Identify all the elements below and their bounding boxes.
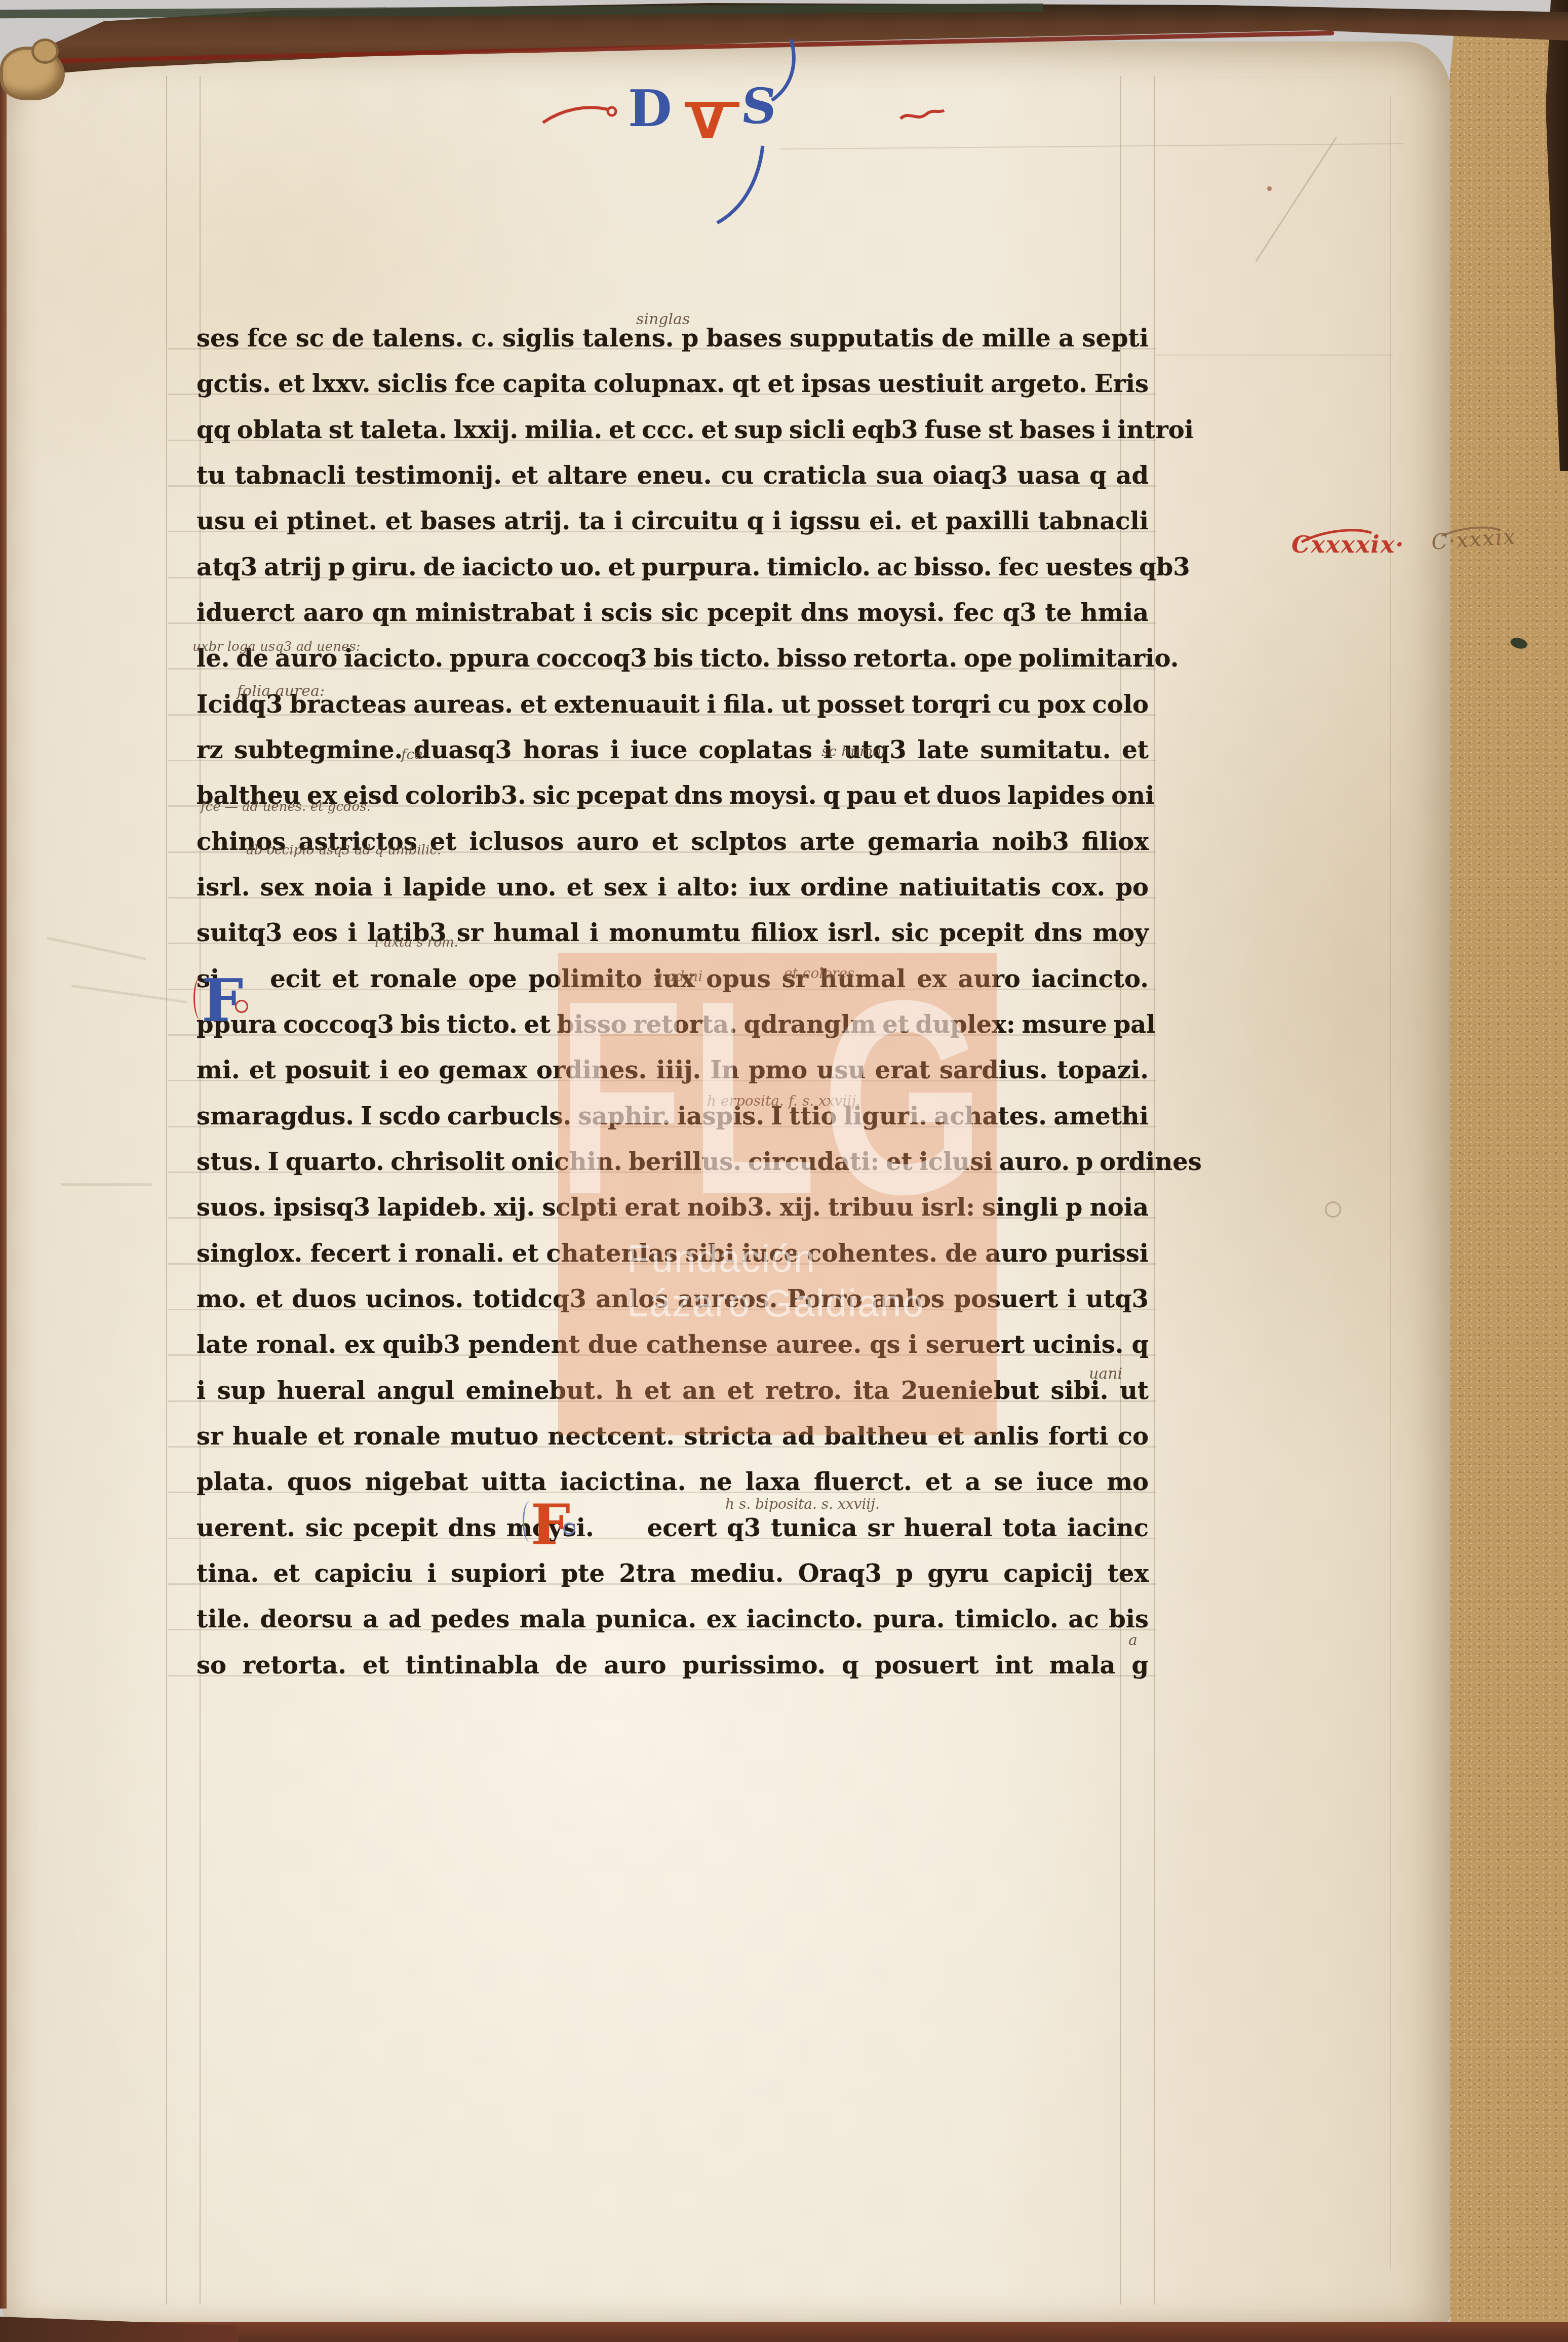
- small-ink-ring-mark: [1325, 1201, 1341, 1218]
- interlinear-gloss: i uxta s rom.: [375, 936, 458, 949]
- text-block: ses fce sc de talens. c. siglis talens. …: [197, 316, 1149, 1688]
- text-line: uerent. sic pcepit dns moysi.ecert q3 tu…: [197, 1505, 1149, 1551]
- interlinear-gloss: fce — ad uenes. et gcdos.: [201, 800, 371, 813]
- interlinear-gloss: h s. biposita. s. xxviij.: [725, 1497, 880, 1511]
- text-line: sr huale et ronale mutuo nectcent. stric…: [197, 1414, 1149, 1459]
- interlinear-gloss: uxbr loga usq3 ad uenes:: [192, 640, 360, 653]
- running-title-letter-v: V: [690, 98, 725, 146]
- text-line: late ronal. ex quib3 pendent due cathens…: [197, 1322, 1149, 1368]
- binding-tie-cord: [0, 47, 65, 100]
- text-line: stus. I quarto. chrisolit onichin. beril…: [197, 1139, 1149, 1185]
- text-line: i sup hueral angul eminebut. h et an et …: [197, 1368, 1149, 1414]
- text-line: qq oblata st taleta. lxxij. milia. et cc…: [197, 407, 1149, 453]
- interlinear-gloss: q ad ni: [653, 969, 702, 984]
- ruling-extension-line: [1155, 355, 1393, 356]
- text-line: so retorta. et tintinabla de auro puriss…: [197, 1643, 1149, 1688]
- interlinear-gloss: fce: [401, 748, 423, 762]
- text-line: iduerct aaro qn ministrabat i scis sic p…: [197, 590, 1149, 636]
- interlinear-gloss: ab occipio usq3 ad q umbilic.: [246, 844, 441, 857]
- text-line: suos. ipsisq3 lapideb. xij. sclpti erat …: [197, 1185, 1149, 1230]
- interlinear-gloss: a: [1128, 1633, 1138, 1648]
- text-line: rz subtegmine. duasq3 horas i iuce copla…: [197, 727, 1149, 773]
- text-line: atq3 atrij p giru. de iacicto uo. et pur…: [197, 544, 1149, 590]
- decorated-initial-blue-f: F: [202, 971, 243, 1030]
- interlinear-gloss: singlas: [636, 312, 690, 327]
- ruling-vertical-left-outer: [166, 76, 167, 2305]
- text-line: Icidq3 bracteas aureas. et extenuauit i …: [197, 682, 1149, 727]
- running-title-letter-s: S: [739, 82, 779, 131]
- binding-bottom-edge: [66, 2322, 1568, 2342]
- interlinear-gloss: sc humal: [821, 745, 886, 759]
- text-line: tile. deorsu a ad pedes mala punica. ex …: [197, 1596, 1149, 1642]
- interlinear-gloss: et colores: [784, 966, 854, 981]
- text-line: plata. quos nigebat uitta iacictina. ne …: [197, 1459, 1149, 1505]
- text-line: singlox. fecert i ronali. et chatenlas s…: [197, 1231, 1149, 1276]
- text-line: suitq3 eos i latib3 sr humal i monumtu f…: [197, 910, 1149, 956]
- interlinear-gloss: h erposita. f. s. xxviij.: [707, 1094, 860, 1108]
- text-line: tu tabnacli testimonij. et altare eneu. …: [197, 453, 1149, 498]
- text-line: isrl. sex noia i lapide uno. et sex i al…: [197, 865, 1149, 910]
- chapter-number-red: Cxxxxix·: [1291, 531, 1404, 558]
- text-line: smaragdus. I scdo carbucls. saphir. iasp…: [197, 1094, 1149, 1139]
- text-line: mi. et posuit i eo gemax ordines. iiij. …: [197, 1047, 1149, 1093]
- text-line: usu ei ptinet. et bases atrij. ta i circ…: [197, 498, 1149, 544]
- page-fold-shading: [1390, 96, 1391, 2269]
- text-line: gctis. et lxxv. siclis fce capita colupn…: [197, 361, 1149, 407]
- text-line: ppura coccoq3 bis ticto. et bisso retort…: [197, 1002, 1149, 1047]
- interlinear-gloss: uani: [1089, 1367, 1122, 1382]
- interlinear-gloss: folia aurea:: [237, 684, 325, 699]
- small-red-dot: [1267, 186, 1272, 191]
- text-line: tina. et capiciu i supiori pte 2tra medi…: [197, 1551, 1149, 1596]
- text-line: mo. et duos ucinos. totidcq3 anlos aureo…: [197, 1276, 1149, 1322]
- running-title-letter-d: D: [628, 83, 672, 134]
- offset-ink-ghost-3: [61, 1183, 152, 1186]
- decorated-initial-red-f: F: [531, 1497, 570, 1553]
- binding-spine-sliver: [0, 75, 7, 2309]
- manuscript-photo: D V S ses fce sc de talens. c. siglis ta…: [0, 0, 1568, 2342]
